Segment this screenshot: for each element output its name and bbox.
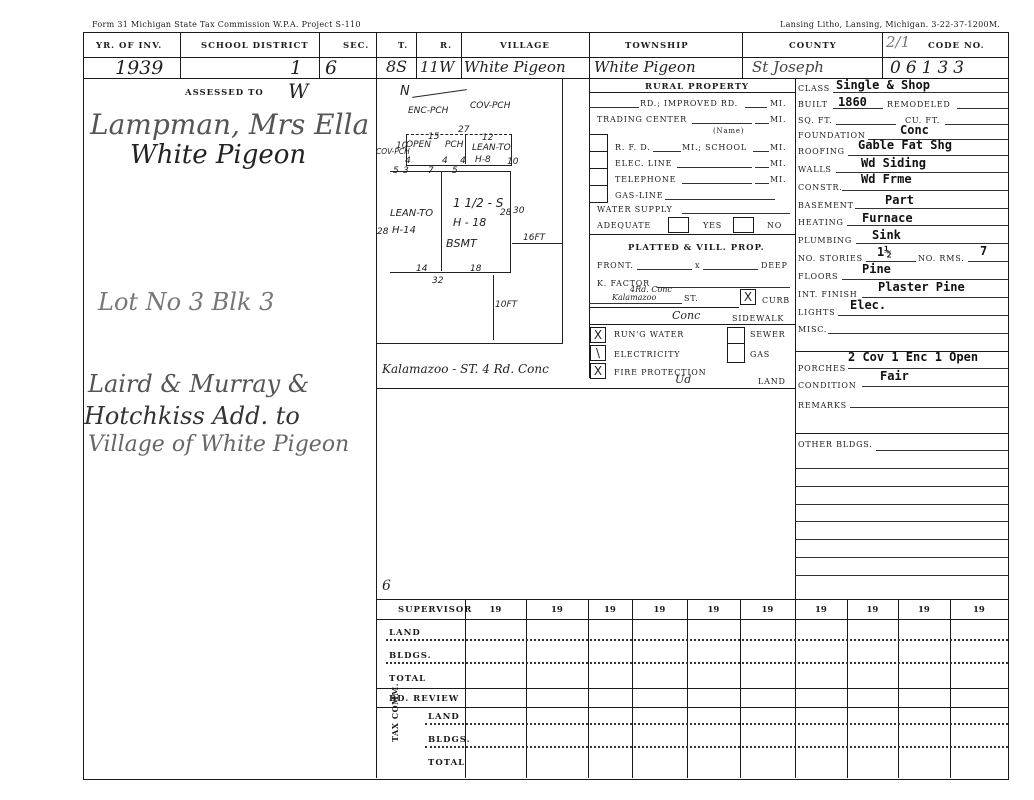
rooms-label: NO. RMS. <box>918 254 965 263</box>
header-village: VILLAGE <box>500 41 550 51</box>
other-bldgs-line[interactable] <box>795 521 1008 522</box>
elec-line-checkbox[interactable] <box>589 151 608 169</box>
condition-value[interactable]: Fair <box>880 369 909 383</box>
water-supply-label: WATER SUPPLY <box>597 205 673 214</box>
land-label: LAND <box>758 377 786 386</box>
page-mark: 6 <box>382 578 391 594</box>
code-mark: 2/1 <box>886 33 910 51</box>
dotted-line <box>425 723 1008 725</box>
field-line <box>862 386 1008 387</box>
field-line <box>848 368 1008 369</box>
header-sec: SEC. <box>343 41 369 51</box>
roofing-value[interactable]: Gable Fat Shg <box>858 138 952 152</box>
divider <box>589 324 795 325</box>
improved-rd-label: RD.; IMPROVED RD. <box>640 99 738 108</box>
year-column-header[interactable]: 19 <box>815 605 827 615</box>
st-label: ST. <box>684 294 699 303</box>
electricity-checkbox[interactable]: \ <box>590 345 606 361</box>
street-caption: Kalamazoo - ST. 4 Rd. Conc <box>382 362 549 376</box>
t-value[interactable]: 8S <box>386 57 407 76</box>
divider <box>589 388 795 389</box>
legal-desc-line2[interactable]: Hotchkiss Add. to <box>84 402 300 430</box>
other-bldgs-line[interactable] <box>795 486 1008 487</box>
fire-protection-checkbox[interactable]: X <box>590 363 606 379</box>
other-bldgs-line[interactable] <box>795 557 1008 558</box>
year-column-header[interactable]: 19 <box>654 605 666 615</box>
col-divider <box>319 32 320 78</box>
tax-comm-label: TAX COMM. <box>390 683 400 742</box>
year-column-header[interactable]: 19 <box>867 605 879 615</box>
col-divider <box>461 32 462 78</box>
basement-value[interactable]: Part <box>885 193 914 207</box>
header-county: COUNTY <box>789 41 837 51</box>
sketch-wall <box>441 171 442 271</box>
header-township: TOWNSHIP <box>625 41 689 51</box>
supervisor-label: SUPERVISOR <box>398 605 472 615</box>
gas-label: GAS <box>750 350 770 359</box>
front-field[interactable] <box>637 269 692 270</box>
plumbing-value[interactable]: Sink <box>872 228 901 242</box>
curb-label: CURB <box>762 296 790 305</box>
valuation-divider <box>376 688 1009 689</box>
street-value[interactable]: Kalamazoo <box>612 293 656 302</box>
stories-value[interactable]: 1½ <box>877 245 891 259</box>
code-no-value[interactable]: 06133 <box>890 58 969 78</box>
rural-title: RURAL PROPERTY <box>645 82 749 92</box>
owner-address[interactable]: White Pigeon <box>130 140 306 170</box>
telephone-checkbox[interactable] <box>589 168 608 186</box>
mi-label: MI. <box>770 115 786 124</box>
remodeled-field[interactable] <box>957 108 1008 109</box>
sketch-house-outline <box>390 171 511 273</box>
col-divider <box>416 32 417 78</box>
misc-label: MISC. <box>798 325 827 334</box>
other-bldgs-line[interactable] <box>795 575 1008 576</box>
sqft-field[interactable] <box>836 124 896 125</box>
field-line <box>838 315 1008 316</box>
north-arrow-label: N <box>400 84 410 99</box>
header-t: T. <box>398 41 408 51</box>
basement-label: BASEMENT <box>798 201 854 210</box>
no-label: NO <box>767 221 782 230</box>
mi-school-label: MI.; SCHOOL <box>682 143 747 152</box>
deep-label: DEEP <box>761 261 788 270</box>
electricity-label: ELECTRICITY <box>614 350 680 359</box>
remodeled-label: REMODELED <box>887 100 951 109</box>
telephone-field[interactable] <box>682 183 752 184</box>
dotted-line <box>386 662 1008 664</box>
condition-label: CONDITION <box>798 381 857 390</box>
field-line <box>842 190 1008 191</box>
yr-of-inv-value[interactable]: 1939 <box>115 57 163 79</box>
constr-label: CONSTR. <box>798 183 843 192</box>
platted-title: PLATTED & VILL. PROP. <box>628 243 765 253</box>
year-column-header[interactable]: 19 <box>708 605 720 615</box>
sidewalk-value[interactable]: Conc <box>672 309 700 322</box>
walls-label: WALLS <box>798 165 832 174</box>
class-value[interactable]: Single & Shop <box>836 78 930 92</box>
int-finish-label: INT. FINISH <box>798 290 858 299</box>
street-field-line <box>589 303 682 304</box>
dimension-arrow <box>512 243 562 244</box>
trading-center-label: TRADING CENTER <box>597 115 687 124</box>
elec-line-label: ELEC. LINE <box>615 159 672 168</box>
k-factor-field[interactable] <box>657 287 790 288</box>
bldgs-label: BLDGS. <box>389 651 432 661</box>
valuation-header-bottom <box>376 619 1009 620</box>
header-code-no: CODE NO. <box>928 41 985 51</box>
other-bldgs-label: OTHER BLDGS. <box>798 440 873 449</box>
school-field[interactable] <box>753 151 769 152</box>
owner-name[interactable]: Lampman, Mrs Ella <box>90 108 369 141</box>
fire-protection-label: FIRE PROTECTION <box>614 368 706 377</box>
year-column-header[interactable]: 19 <box>918 605 930 615</box>
field-line <box>589 107 639 108</box>
col-divider <box>180 32 181 78</box>
tax-comm-bldgs-label: BLDGS. <box>428 735 471 745</box>
header-r: R. <box>440 41 452 51</box>
field-line <box>847 225 1008 226</box>
county-value[interactable]: St Joseph <box>752 58 824 76</box>
lot-description[interactable]: Lot No 3 Blk 3 <box>98 288 274 316</box>
field-line <box>833 92 1008 93</box>
floors-value[interactable]: Pine <box>862 262 891 276</box>
sketch-dim: 32 <box>432 276 443 286</box>
running-water-label: RUN'G WATER <box>614 330 684 339</box>
dotted-line <box>425 746 1008 748</box>
tax-comm-land-label: LAND <box>428 712 460 722</box>
land-value[interactable]: Ud <box>675 373 691 386</box>
sketch-wall <box>465 134 466 164</box>
dotted-line <box>386 639 1008 641</box>
sec-value[interactable]: 6 <box>325 57 337 79</box>
elec-line-mi-field[interactable] <box>755 167 769 168</box>
sketch-label: 10FT <box>495 300 517 310</box>
col-divider-main <box>376 32 377 778</box>
trading-center-mi-field[interactable] <box>755 123 769 124</box>
township-value[interactable]: White Pigeon <box>594 58 696 76</box>
lights-label: LIGHTS <box>798 308 835 317</box>
rfd-label: R. F. D. <box>615 143 651 152</box>
other-bldgs-line[interactable] <box>795 504 1008 505</box>
platted-divider <box>589 234 795 235</box>
stories-label: NO. STORIES <box>798 254 863 263</box>
improved-rd-field[interactable] <box>745 107 767 108</box>
divider <box>795 433 1008 434</box>
sewer-label: SEWER <box>750 330 785 339</box>
school-district-value[interactable]: 1 <box>290 57 302 79</box>
adequate-label: ADEQUATE <box>597 221 651 230</box>
mi-label: MI. <box>770 159 786 168</box>
rfd-field[interactable] <box>653 151 681 152</box>
name-hint: (Name) <box>713 127 744 135</box>
year-column-header[interactable]: 19 <box>604 605 616 615</box>
assessed-to-label: ASSESSED TO <box>185 88 264 98</box>
cuft-field[interactable] <box>945 124 1008 125</box>
sketch-label: 16FT <box>523 233 545 243</box>
sketch-porch-outline <box>406 134 512 166</box>
sketch-dim: 30 <box>513 206 524 216</box>
misc-field[interactable] <box>828 333 1008 334</box>
curb-checkbox[interactable]: X <box>740 289 756 305</box>
col-divider <box>882 32 883 78</box>
foundation-label: FOUNDATION <box>798 131 866 140</box>
rfd-checkbox[interactable] <box>589 134 608 152</box>
divider <box>589 307 739 308</box>
gas-checkbox[interactable] <box>727 343 745 363</box>
telephone-label: TELEPHONE <box>615 175 676 184</box>
trading-center-field[interactable] <box>692 123 752 124</box>
int-finish-value[interactable]: Plaster Pine <box>878 280 965 294</box>
valuation-top <box>376 599 1009 600</box>
land-label: LAND <box>389 628 421 638</box>
rooms-value[interactable]: 7 <box>980 244 987 258</box>
other-bldgs-field[interactable] <box>876 450 1008 451</box>
other-bldgs-line[interactable] <box>795 539 1008 540</box>
porches-value[interactable]: 2 Cov 1 Enc 1 Open <box>848 350 978 364</box>
r-value[interactable]: 11W <box>420 58 455 76</box>
rural-divider <box>589 92 795 93</box>
mi-label: MI. <box>770 175 786 184</box>
plumbing-label: PLUMBING <box>798 236 852 245</box>
legal-desc-line3[interactable]: Village of White Pigeon <box>88 432 349 457</box>
heating-value[interactable]: Furnace <box>862 211 913 225</box>
lights-value[interactable]: Elec. <box>850 298 886 312</box>
x-label: x <box>695 261 700 270</box>
mi-label: MI. <box>770 99 786 108</box>
sketch-label: COV-PCH <box>470 101 510 111</box>
yes-label: YES <box>703 221 722 230</box>
valuation-divider <box>376 707 1009 708</box>
roofing-label: ROOFING <box>798 147 845 156</box>
village-value[interactable]: White Pigeon <box>464 58 566 76</box>
year-column-header[interactable]: 19 <box>490 605 502 615</box>
lot-line-bottom <box>377 343 563 344</box>
sewer-checkbox[interactable] <box>727 327 745 344</box>
sketch-dim: 28 <box>377 227 388 237</box>
sketch-bottom-divider <box>376 388 589 389</box>
other-bldgs-line[interactable] <box>795 468 1008 469</box>
year-column-header[interactable]: 19 <box>551 605 563 615</box>
telephone-mi-field[interactable] <box>755 183 769 184</box>
gas-line-checkbox[interactable] <box>589 185 608 203</box>
lot-line-right <box>562 78 563 343</box>
field-line <box>968 261 1008 262</box>
header-school-district: SCHOOL DISTRICT <box>201 41 309 51</box>
year-column-header[interactable]: 19 <box>762 605 774 615</box>
walls-value[interactable]: Wd Siding <box>861 156 926 170</box>
gas-line-field[interactable] <box>665 199 775 200</box>
porches-label: PORCHES <box>798 364 846 373</box>
built-label: BUILT <box>798 100 828 109</box>
sqft-label: SQ. FT. <box>798 116 833 125</box>
col-divider <box>742 32 743 78</box>
floors-label: FLOORS <box>798 272 838 281</box>
tax-comm-total-label: TOTAL <box>428 758 465 768</box>
remarks-field[interactable] <box>850 407 1008 408</box>
assessed-mark: W <box>288 79 309 103</box>
built-value[interactable]: 1860 <box>838 95 867 109</box>
running-water-checkbox[interactable]: X <box>590 327 606 343</box>
mi-label: MI. <box>770 143 786 152</box>
remarks-label: REMARKS <box>798 401 847 410</box>
adequate-yes-checkbox[interactable] <box>668 217 689 233</box>
foundation-value[interactable]: Conc <box>900 123 929 137</box>
class-label: CLASS <box>798 84 830 93</box>
field-line <box>855 208 1008 209</box>
year-column-header[interactable]: 19 <box>973 605 985 615</box>
elec-line-field[interactable] <box>677 167 752 168</box>
heating-label: HEATING <box>798 218 844 227</box>
sketch-label: ENC-PCH <box>408 106 448 116</box>
header-yr-of-inv: YR. OF INV. <box>96 41 162 51</box>
dimension-arrow <box>493 275 494 340</box>
deep-field[interactable] <box>703 269 758 270</box>
gas-line-label: GAS-LINE <box>615 191 663 200</box>
legal-desc-line1[interactable]: Laird & Murray & <box>88 370 309 398</box>
front-label: FRONT. <box>597 261 634 270</box>
printer-info: Lansing Litho, Lansing, Michigan. 3-22-3… <box>780 20 1000 29</box>
form-title: Form 31 Michigan State Tax Commission W.… <box>92 20 361 29</box>
constr-value[interactable]: Wd Frme <box>861 172 912 186</box>
adequate-no-checkbox[interactable] <box>733 217 754 233</box>
col-divider-main <box>795 78 796 610</box>
water-supply-field[interactable] <box>682 213 790 214</box>
sidewalk-label: SIDEWALK <box>732 314 784 323</box>
